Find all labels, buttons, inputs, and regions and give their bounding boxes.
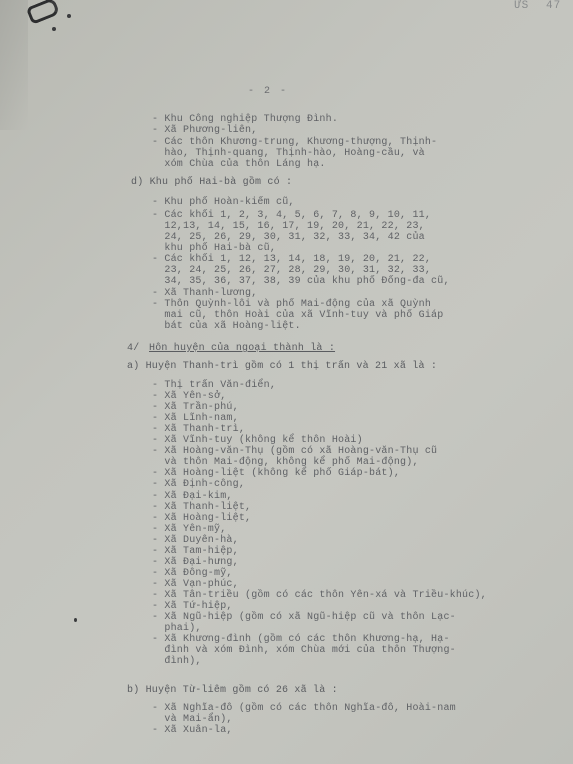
list-item: - Xã Duyên-hà, — [152, 535, 239, 546]
ink-spot — [52, 27, 56, 31]
list-item: - Thôn Quỳnh-lôi và phố Mai-động của xã … — [152, 299, 431, 310]
staple-icon — [26, 0, 61, 25]
section-heading-d: d) Khu phố Hai-bà gồm có : — [131, 177, 292, 188]
ink-spot — [74, 618, 77, 622]
list-item: - Xã Định-công, — [152, 479, 245, 490]
list-item: - Xã Vạn-phúc, — [152, 579, 239, 590]
list-item: - Xã Lĩnh-nam, — [152, 413, 239, 424]
list-item: - Các khối 1, 2, 3, 4, 5, 6, 7, 8, 9, 10… — [152, 210, 431, 221]
list-item: - Xã Đại-kim, — [152, 491, 233, 502]
list-item: 23, 24, 25, 26, 27, 28, 29, 30, 31, 32, … — [152, 265, 431, 276]
list-item: - Xã Tứ-hiệp, — [152, 601, 233, 612]
list-item: hào, Thịnh-quang, Thịnh-hào, Hoàng-cầu, … — [152, 148, 425, 159]
list-item: - Xã Hoàng-liệt (không kể phố Giáp-bát), — [152, 468, 400, 479]
list-item: - Xã Hoàng-văn-Thụ (gồm có xã Hoàng-văn-… — [152, 446, 437, 457]
list-item: 34, 35, 36, 37, 38, 39 của khu phố Đống-… — [152, 276, 450, 287]
list-item: đình và xóm Đình, xóm Chùa mới của thôn … — [152, 645, 456, 656]
list-item: - Xã Ngũ-hiệp (gồm có xã Ngũ-hiệp cũ và … — [152, 612, 456, 623]
list-item: khu phố Hai-bà cũ, — [152, 243, 276, 254]
list-item: - Khu phố Hoàn-kiếm cũ, — [152, 197, 295, 208]
list-item: mai cũ, thôn Hoài của xã Vĩnh-tuy và phố… — [152, 310, 443, 321]
list-item: - Xã Tam-hiệp, — [152, 546, 239, 557]
subsection-heading-b: b) Huyện Từ-liêm gồm có 26 xã là : — [127, 685, 338, 696]
list-item: - Xã Thanh-trì, — [152, 424, 245, 435]
list-item: - Xã Đông-mỹ, — [152, 568, 233, 579]
page-shadow-edge — [0, 0, 28, 130]
section-4-number: 4/ — [127, 343, 139, 354]
list-item: - Xã Đại-hưng, — [152, 557, 239, 568]
list-item: bát của xã Hoàng-liệt. — [152, 321, 301, 332]
list-item: - Xã Trần-phú, — [152, 402, 239, 413]
list-item: - Các thôn Khương-trung, Khương-thượng, … — [152, 137, 437, 148]
page-number: - 2 - — [248, 86, 288, 97]
list-item: đình), — [152, 656, 202, 667]
section-4-title: Hôn huyện của ngoại thành là : — [149, 343, 335, 354]
list-item: - Xã Xuân-la, — [152, 725, 233, 736]
list-item: - Các khối 1, 12, 13, 14, 18, 19, 20, 21… — [152, 254, 431, 265]
list-item: - Xã Nghĩa-đô (gồm có các thôn Nghĩa-đô,… — [152, 703, 456, 714]
list-item: và Mai-ẩn), — [152, 714, 233, 725]
corner-mark-2: 47 — [546, 0, 561, 12]
list-item: - Xã Vĩnh-tuy (không kể thôn Hoài) — [152, 435, 363, 446]
corner-mark-1: ƯS — [514, 0, 529, 12]
list-item: - Xã Hoàng-liệt, — [152, 513, 251, 524]
list-item: 24, 25, 26, 29, 30, 31, 32, 33, 34, 42 c… — [152, 232, 425, 243]
list-item: 12,13, 14, 15, 16, 17, 19, 20, 21, 22, 2… — [152, 221, 425, 232]
list-item: - Xã Tân-triều (gồm có các thôn Yên-xá v… — [152, 590, 487, 601]
subsection-heading-a: a) Huyện Thanh-trì gồm có 1 thị trấn và … — [127, 361, 437, 372]
list-item: xóm Chùa của thôn Láng hạ. — [152, 159, 326, 170]
list-item: - Thị trấn Văn-điển, — [152, 380, 276, 391]
list-item: - Xã Thanh-lương, — [152, 288, 257, 299]
scanned-document-page: ƯS 47 - 2 - - Khu Công nghiệp Thượng Đìn… — [0, 0, 573, 764]
ink-spot — [67, 14, 71, 18]
list-item: - Khu Công nghiệp Thượng Đình. — [152, 114, 338, 125]
list-item: - Xã Phương-liên, — [152, 125, 257, 136]
list-item: - Xã Yên-mỹ, — [152, 524, 226, 535]
list-item: và thôn Mai-động, không kể phố Mai-động)… — [152, 457, 419, 468]
list-item: phai), — [152, 623, 202, 634]
list-item: - Xã Thanh-liệt, — [152, 502, 251, 513]
list-item: - Xã Yên-sở, — [152, 391, 226, 402]
list-item: - Xã Khương-đình (gồm có các thôn Khương… — [152, 634, 450, 645]
